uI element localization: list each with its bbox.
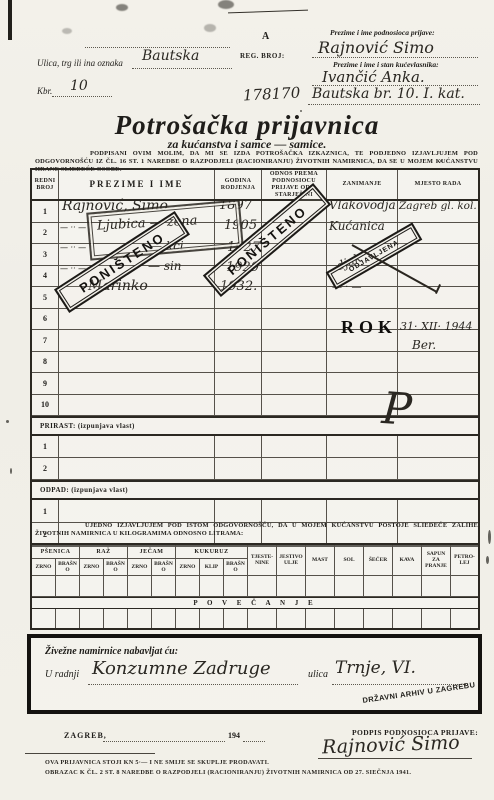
reg-number-value: 178170	[243, 84, 301, 105]
owner-address-value: Bautska br. 10. I. kat.	[312, 86, 465, 102]
header-mjesto-rada: MJESTO RADA	[398, 170, 478, 199]
sub-zrno: ZRNO	[32, 559, 56, 576]
sub-zrno: ZRNO	[128, 559, 152, 576]
odpad-label-row: ODPAD: (izpunjava vlast)	[32, 480, 478, 500]
header-zanimanje: ZANIMANJE	[327, 170, 398, 199]
applicant-value: Rajnović Simo	[318, 38, 434, 57]
col-kava: KAVA	[393, 545, 422, 576]
sub-brasno: BRAŠNO	[224, 559, 248, 576]
footer-left-line	[25, 752, 155, 754]
prirast-row: 1	[32, 436, 478, 458]
date-line	[103, 740, 225, 742]
odpad-note: (izpunjava vlast)	[71, 486, 128, 494]
kbr-label: Kbr.	[37, 86, 52, 96]
group-psenica: PŠENICA	[32, 545, 80, 559]
header-prezime-ime: PREZIME I IME	[59, 170, 215, 199]
odpad-label: ODPAD:	[40, 486, 69, 494]
sub-brasno: BRAŠNO	[152, 559, 176, 576]
radnji-underline	[88, 683, 298, 685]
col-sapun: SAPUN ZA PRANJE	[422, 545, 451, 576]
ink-smudge	[62, 28, 72, 34]
signature-value: Rajnović Simo	[322, 732, 460, 759]
odpad-row: 1	[32, 500, 478, 523]
row1-workplace: Zagreb gl. kol.	[399, 200, 477, 212]
street-label: Ulica, trg ili ina oznaka	[37, 58, 123, 68]
pen-mark-p: P	[380, 383, 413, 436]
year-line	[243, 740, 265, 742]
col-mast: MAST	[306, 545, 335, 576]
u-radnji-label: U radnji	[45, 669, 79, 680]
sub-klip: KLIP	[200, 559, 224, 576]
sub-brasno: BRAŠNO	[104, 559, 128, 576]
scan-scribble	[228, 10, 308, 14]
ulica-value: Trnje, VI.	[335, 658, 416, 678]
sub-zrno: ZRNO	[80, 559, 104, 576]
sub-brasno: BRAŠNO	[56, 559, 80, 576]
group-kukuruz: KUKURUZ	[176, 545, 248, 559]
ulica-label: ulica	[308, 669, 328, 680]
city-label: ZAGREB,	[64, 731, 107, 740]
members-table-header: REDNI BROJ PREZIME I IME GODINA RODJENJA…	[32, 170, 478, 201]
table-row: 8	[32, 352, 478, 374]
kbr-value: 10	[70, 78, 88, 94]
col-secer: ŠEĆER	[364, 545, 393, 576]
fine-print-2: OBRAZAC K ČL. 2 ST. 8 NAREDBE O RAZPODJE…	[45, 769, 411, 776]
ink-smudge	[204, 24, 216, 32]
scanned-form-page: Ulica, trg ili ina oznaka Bautska Kbr. 1…	[0, 0, 494, 800]
scan-edge-mark	[8, 0, 12, 40]
signature-underline	[318, 757, 472, 759]
applicant-label: Prezime i ime podnosioca prijave:	[330, 28, 435, 37]
prirast-note: (izpunjava vlast)	[78, 422, 135, 430]
header-redni-broj: REDNI BROJ	[32, 170, 59, 199]
col-jestivo-ulje: JESTIVO ULJE	[277, 545, 306, 576]
group-jecam: JEČAM	[128, 545, 176, 559]
col-petrolej: PETRO-LEJ	[451, 545, 478, 576]
row1-occupation: Vlakovodja	[329, 198, 396, 212]
speck	[486, 556, 489, 564]
street-underline	[132, 67, 232, 69]
rok-initial: Ber.	[412, 338, 436, 352]
speck	[10, 468, 12, 474]
speck	[6, 420, 9, 423]
row3-dash: — ·· —	[60, 243, 86, 252]
prirast-row: 2	[32, 458, 478, 480]
ink-smudge	[218, 0, 234, 9]
kbr-underline	[52, 95, 112, 97]
year-prefix: 194	[228, 731, 240, 740]
fine-print-1: OVA PRIJAVNICA STOJI KN 5·— I NE SMIJE S…	[45, 759, 269, 766]
group-raz: RAŽ	[80, 545, 128, 559]
street-value: Bautska	[142, 48, 199, 64]
owner-address-underline	[308, 103, 480, 105]
speck	[488, 530, 491, 544]
rok-stamp: ROK	[341, 317, 397, 338]
purchase-line1: Živežne namirnice nabavljat ću:	[45, 646, 178, 657]
applicant-underline	[312, 56, 478, 58]
declaration-2: UJEDNO IZJAVLJUJEM POD ISTOM ODGOVORNOŠĆ…	[35, 522, 478, 538]
header-godina: GODINA RODJENJA	[215, 170, 262, 199]
u-radnji-value: Konzumne Zadruge	[92, 658, 271, 679]
rok-date: 31· XII· 1944	[400, 320, 473, 333]
col-tjestenine: TJESTE-NINE	[248, 545, 277, 576]
reg-broj-label: REG. BROJ:	[240, 52, 285, 60]
supplies-table: PŠENICA RAŽ JEČAM KUKURUZ TJESTE-NINE JE…	[30, 543, 480, 630]
section-letter: A	[262, 31, 269, 42]
povecanje-row: P O V E Č A N J E	[32, 597, 478, 609]
row4-name: — sin	[148, 259, 182, 273]
row2-occupation: Kućanica	[329, 219, 385, 233]
prirast-label: PRIRAST:	[40, 422, 76, 430]
col-sol: SOL	[335, 545, 364, 576]
sub-zrno: ZRNO	[176, 559, 200, 576]
row2-dash: — ·· —	[60, 223, 86, 232]
ink-smudge	[116, 4, 128, 11]
